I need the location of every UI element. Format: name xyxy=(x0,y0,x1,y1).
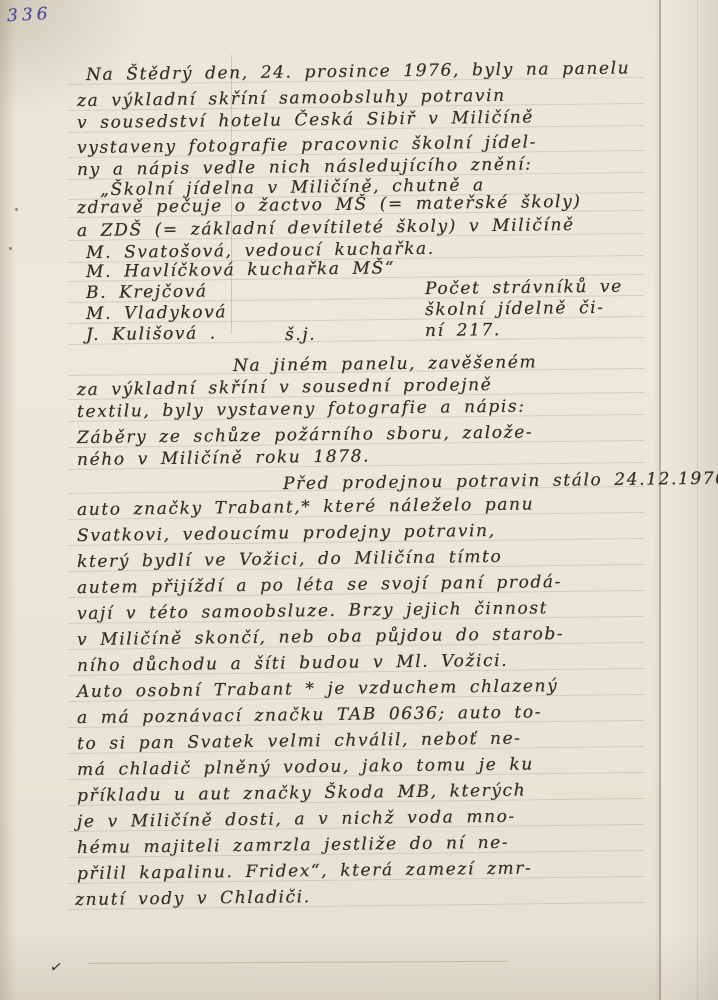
paper-speck xyxy=(9,247,12,250)
chronicle-page: 336 Na Štědrý den, 24. prosince 1976, by… xyxy=(0,0,718,1000)
book-edge-line xyxy=(697,0,698,1000)
left-edge-shadow xyxy=(0,0,16,1000)
next-page-edge xyxy=(661,0,718,1000)
paper-speck xyxy=(15,208,18,211)
bottom-shadow xyxy=(0,930,718,1000)
manuscript-abbreviation: š.j. xyxy=(285,323,316,347)
page-number: 336 xyxy=(7,4,52,26)
manuscript-line: Před prodejnou potravin stálo 24.12.1976 xyxy=(283,467,718,496)
page-edge-line xyxy=(659,0,661,1000)
